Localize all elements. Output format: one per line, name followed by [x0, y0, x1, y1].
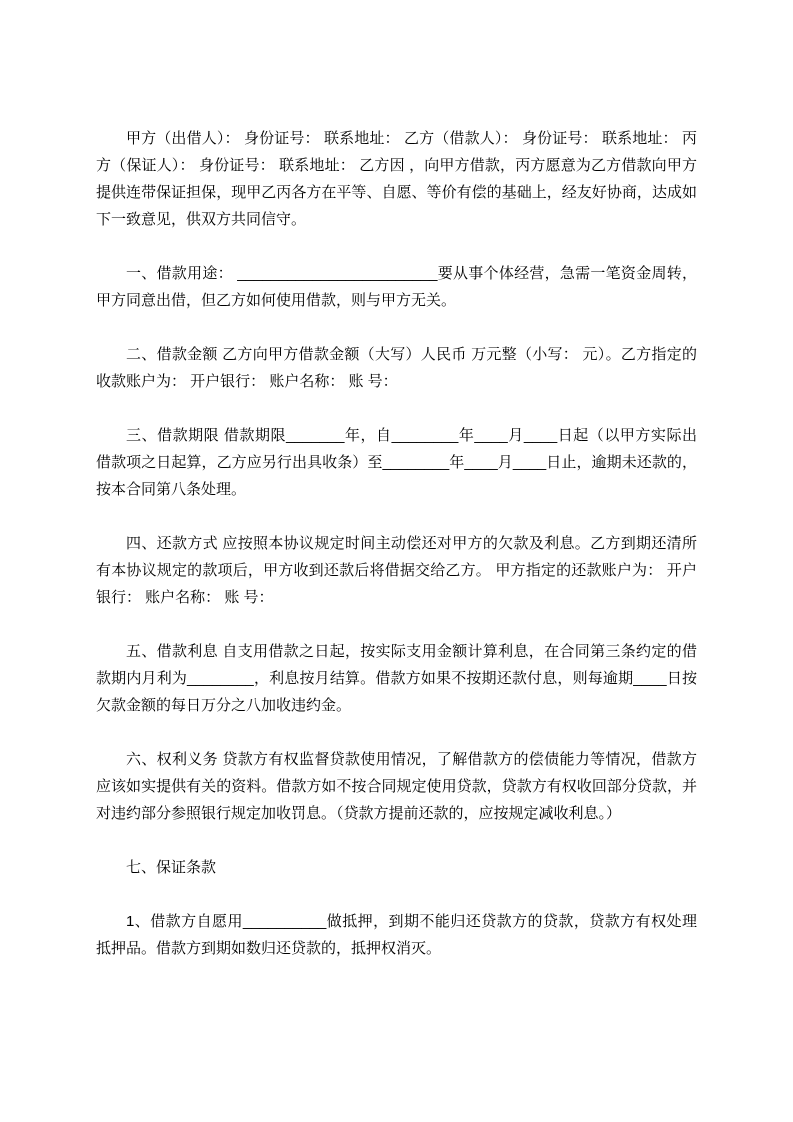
clause-3-term: 三、借款期限 借款期限_______年，自________年____月____日…: [96, 422, 697, 503]
clause-5-interest: 五、借款利息 自支用借款之日起，按实际支用金额计算利息，在合同第三条约定的借款期…: [96, 638, 697, 719]
clause-2-amount: 二、借款金额 乙方向甲方借款金额（大写）人民币 万元整（小写： 元）。乙方指定的…: [96, 341, 697, 395]
clause-4-repayment: 四、还款方式 应按照本协议规定时间主动偿还对甲方的欠款及利息。乙方到期还清所有本…: [96, 530, 697, 611]
clause-6-rights: 六、权利义务 贷款方有权监督贷款使用情况，了解借款方的偿债能力等情况，借款方应该…: [96, 746, 697, 827]
document-page: 甲方（出借人）： 身份证号： 联系地址： 乙方（借款人）： 身份证号： 联系地址…: [0, 0, 793, 1122]
clause-1-purpose: 一、借款用途： ________________________要从事个体经营，…: [96, 260, 697, 314]
para-parties: 甲方（出借人）： 身份证号： 联系地址： 乙方（借款人）： 身份证号： 联系地址…: [96, 125, 697, 233]
guarantee-item-1: 1、借款方自愿用__________做抵押，到期不能归还贷款方的贷款，贷款方有权…: [96, 908, 697, 962]
clause-7-guarantee-heading: 七、保证条款: [96, 854, 697, 881]
